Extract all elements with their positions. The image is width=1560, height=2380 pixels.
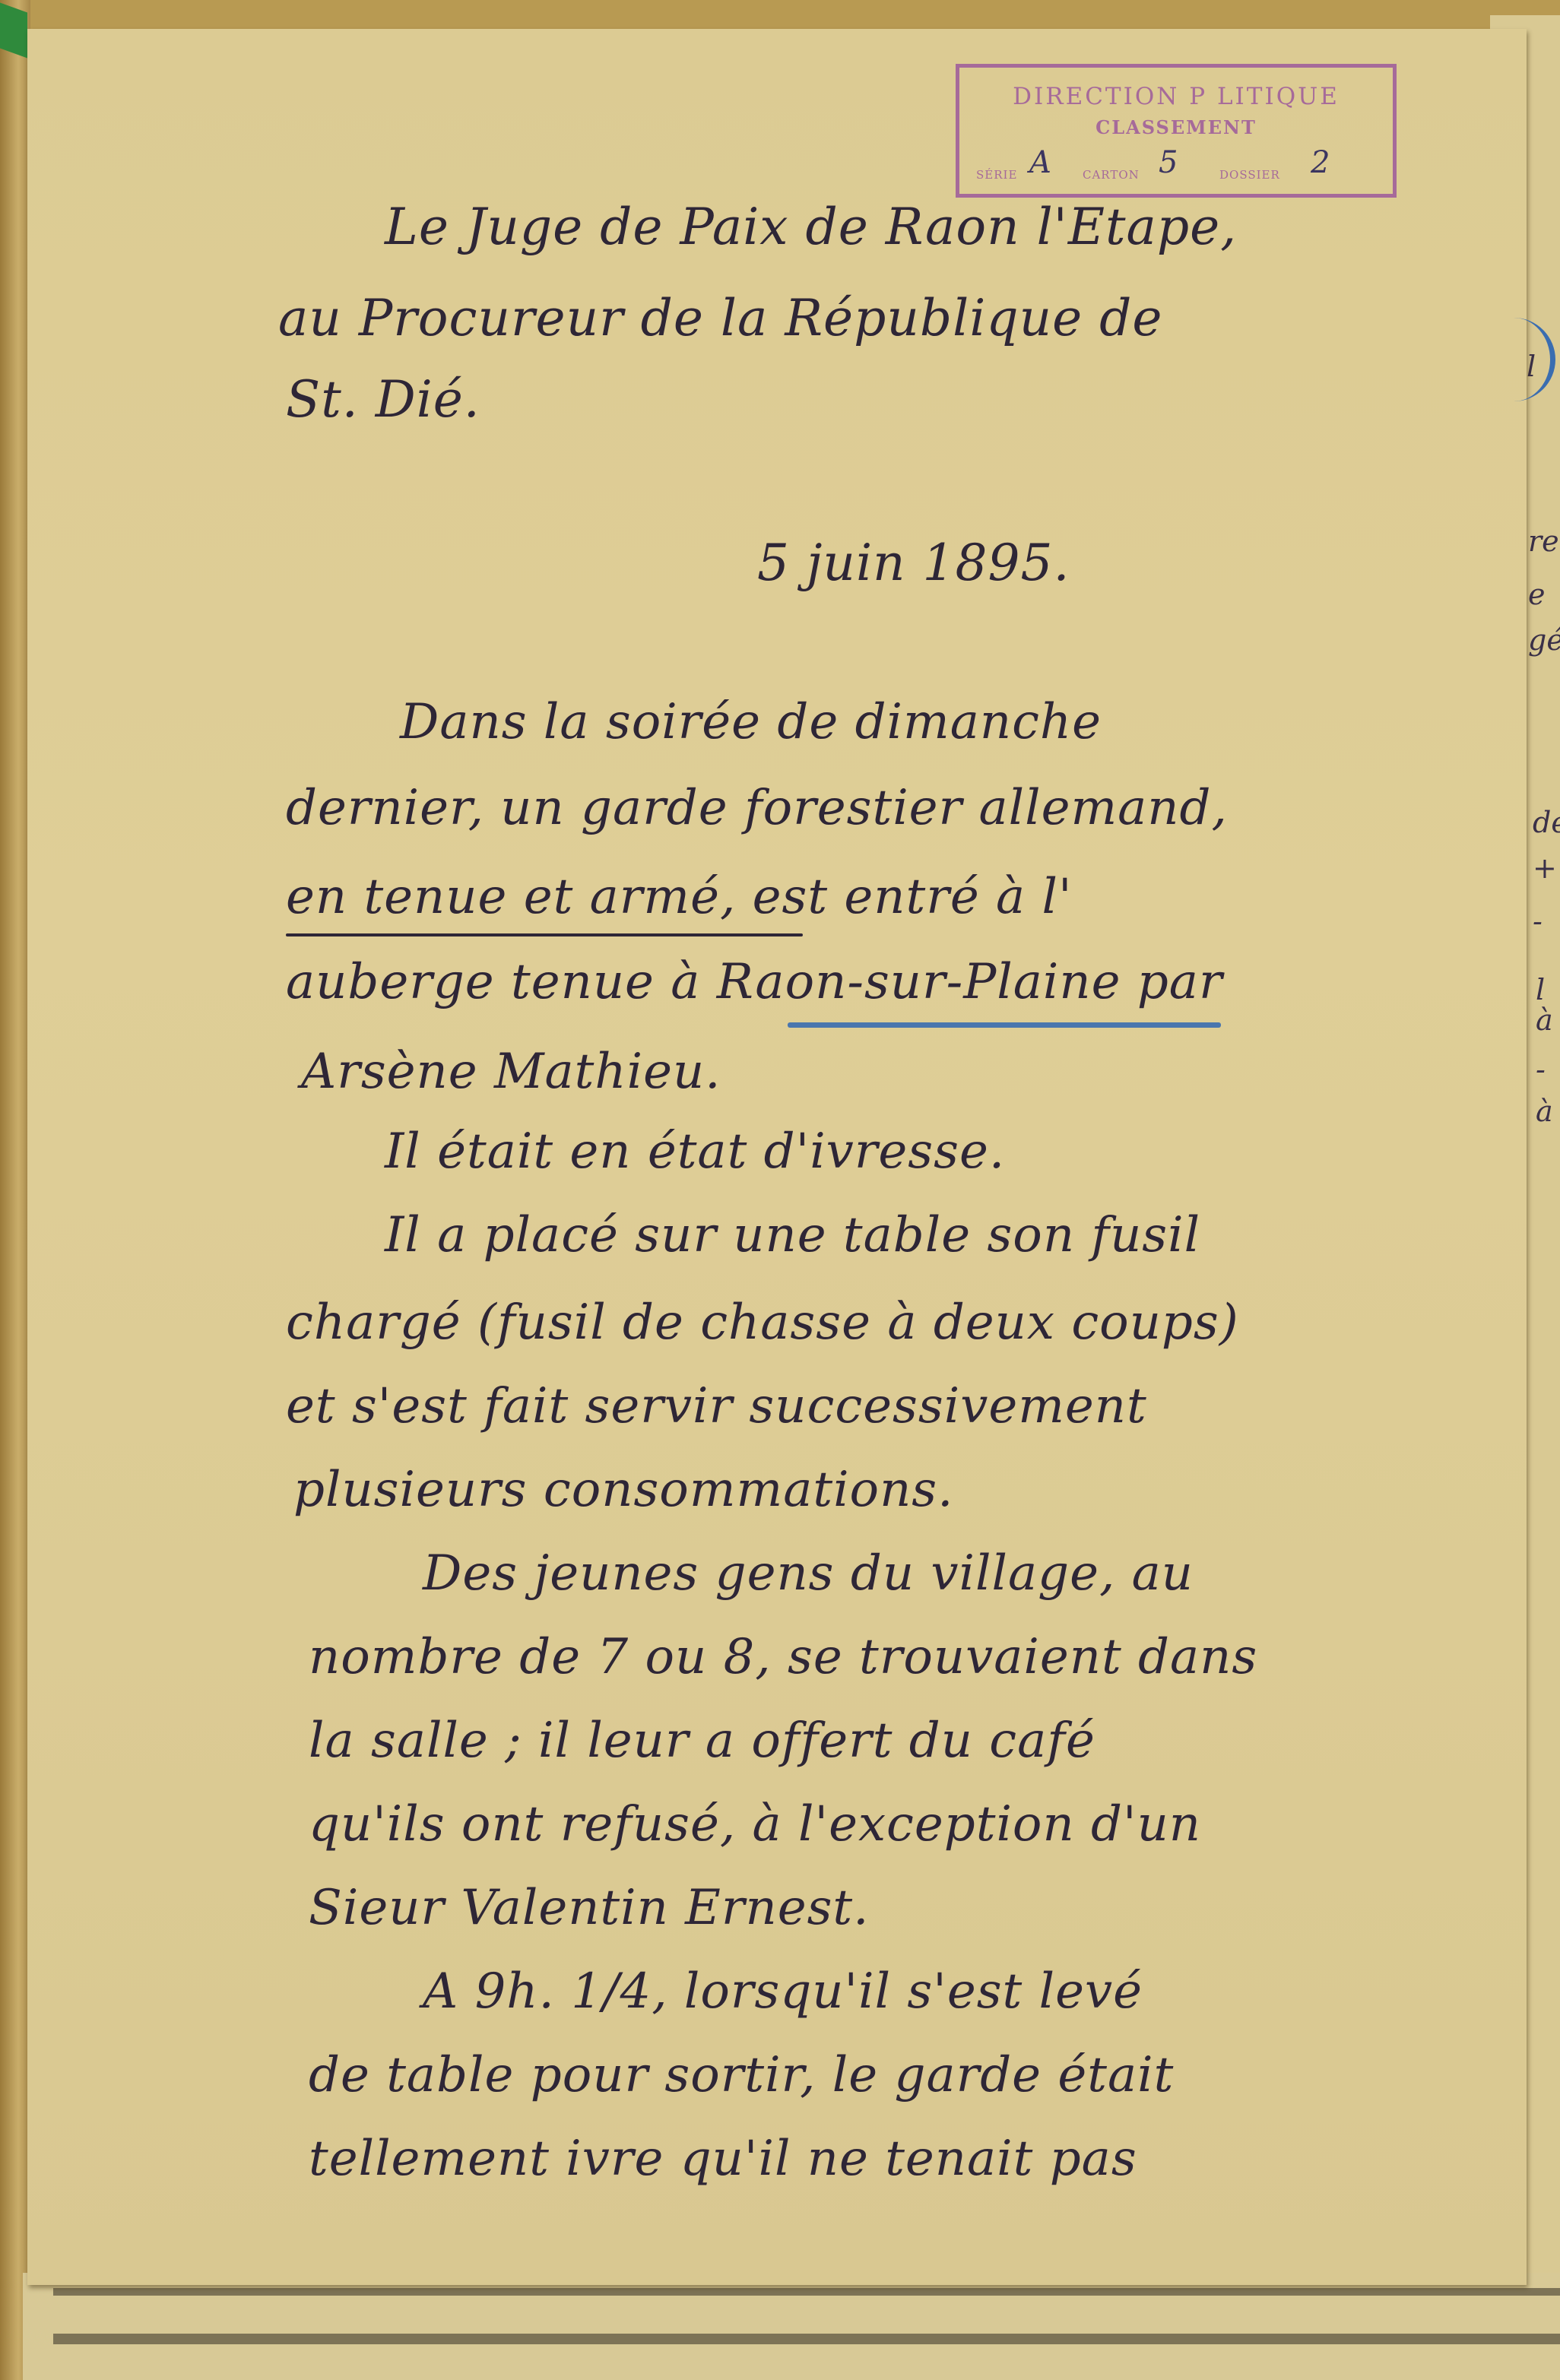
body-line: Dans la soirée de dimanche bbox=[400, 698, 1102, 746]
fragment-text: - bbox=[1533, 905, 1543, 938]
sheet-edge bbox=[53, 2288, 1560, 2296]
letter-recipient-place: St. Dié. bbox=[286, 375, 480, 425]
blue-underline bbox=[788, 1022, 1221, 1028]
fragment-text: de bbox=[1533, 806, 1560, 839]
body-line: Arsène Mathieu. bbox=[301, 1047, 721, 1096]
body-line: la salle ; il leur a offert du café bbox=[309, 1716, 1095, 1765]
body-line: dernier, un garde forestier allemand, bbox=[286, 784, 1228, 832]
fragment-text: l bbox=[1536, 973, 1545, 1006]
body-line: de table pour sortir, le garde était bbox=[309, 2051, 1174, 2100]
letter-page: DIRECTION P LITIQUE CLASSEMENT SÉRIE A C… bbox=[27, 29, 1527, 2285]
letter-recipient: au Procureur de la République de bbox=[278, 293, 1162, 344]
black-underline bbox=[286, 933, 803, 936]
fragment-text: re bbox=[1528, 524, 1559, 558]
body-line: plusieurs consommations. bbox=[293, 1466, 953, 1514]
stamp-fields: SÉRIE A CARTON 5 DOSSIER 2 bbox=[976, 144, 1376, 182]
body-line: et s'est fait servir successivement bbox=[286, 1382, 1147, 1431]
letter-sender: Le Juge de Paix de Raon l'Etape, bbox=[385, 202, 1237, 252]
folder-edge bbox=[0, 0, 30, 2380]
body-line: Sieur Valentin Ernest. bbox=[309, 1884, 869, 1932]
body-line: Il était en état d'ivresse. bbox=[385, 1127, 1005, 1176]
fragment-text: e bbox=[1528, 578, 1546, 611]
stamp-dossier-label: DOSSIER bbox=[1219, 168, 1280, 182]
body-line: chargé (fusil de chasse à deux coups) bbox=[286, 1298, 1239, 1347]
sheet-edge bbox=[53, 2334, 1560, 2344]
fragment-text: gén bbox=[1528, 623, 1560, 657]
fragment-text: - bbox=[1536, 1053, 1546, 1086]
green-folder-tab bbox=[0, 2, 27, 58]
letter-date: 5 juin 1895. bbox=[757, 538, 1070, 588]
stamp-carton-label: CARTON bbox=[1083, 168, 1140, 182]
body-line: A 9h. 1/4, lorsqu'il s'est levé bbox=[423, 1967, 1143, 2016]
body-line: tellement ivre qu'il ne tenait pas bbox=[309, 2134, 1137, 2183]
stamp-carton-value: 5 bbox=[1159, 145, 1178, 180]
fragment-text: à bbox=[1536, 1095, 1553, 1128]
archive-stamp: DIRECTION P LITIQUE CLASSEMENT SÉRIE A C… bbox=[956, 64, 1397, 198]
body-line: Des jeunes gens du village, au bbox=[423, 1549, 1194, 1598]
stamp-subtitle: CLASSEMENT bbox=[959, 116, 1393, 138]
body-line: en tenue et armé, est entré à l' bbox=[286, 873, 1073, 921]
stamp-dossier-value: 2 bbox=[1311, 145, 1330, 180]
stamp-title: DIRECTION P LITIQUE bbox=[959, 83, 1393, 110]
fragment-text: à bbox=[1536, 1003, 1553, 1037]
stacked-sheets bbox=[23, 2273, 1560, 2380]
fragment-text: + bbox=[1533, 851, 1557, 885]
body-line: Il a placé sur une table son fusil bbox=[385, 1211, 1200, 1260]
body-line: qu'ils ont refusé, à l'exception d'un bbox=[309, 1800, 1201, 1849]
stamp-serie-label: SÉRIE bbox=[976, 168, 1017, 182]
stamp-serie-value: A bbox=[1029, 145, 1051, 180]
body-line: auberge tenue à Raon-sur-Plaine par bbox=[286, 958, 1223, 1006]
body-line: nombre de 7 ou 8, se trouvaient dans bbox=[309, 1633, 1257, 1681]
